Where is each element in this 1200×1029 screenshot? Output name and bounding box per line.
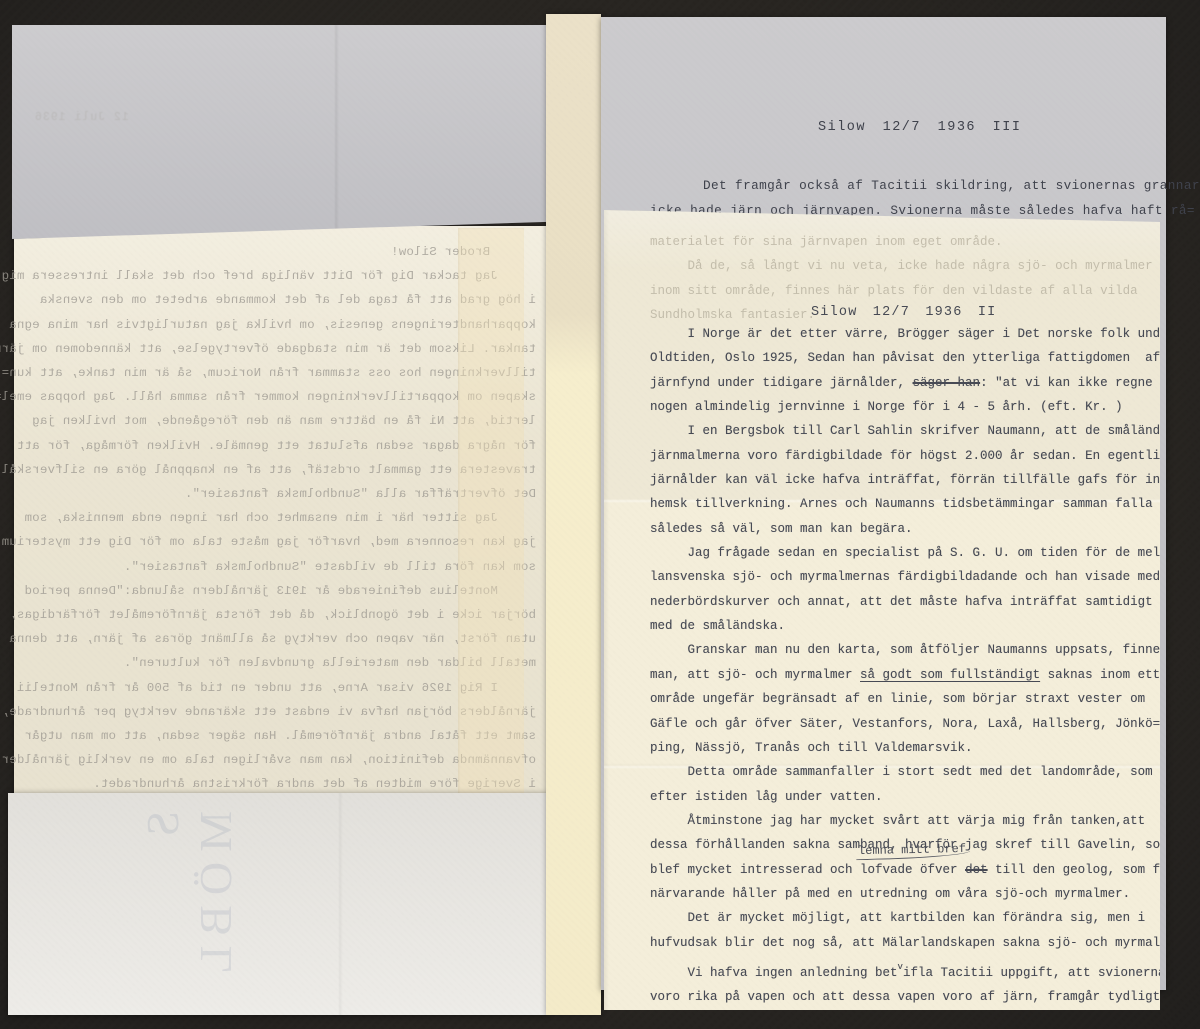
typewritten-line: Granskar man nu den karta, som åtföljer …: [650, 638, 1150, 662]
typewritten-line: Jag frågade sedan en specialist på S. G.…: [650, 541, 1150, 565]
page-ii-body-text: I Norge är det etter värre, Brögger säge…: [650, 322, 1150, 1010]
typewritten-line: Det är mycket möjligt, att kartbilden ka…: [650, 906, 1150, 930]
typewritten-line: nogen almindelig jernvinne i Norge för i…: [650, 395, 1150, 419]
page-iii-heading: Silow 12/7 1936 III: [818, 120, 1021, 135]
typewritten-line: man, att sjö- och myrmalmer så godt som …: [650, 663, 1150, 687]
date-stamp: 12 Juli 1936: [34, 111, 129, 124]
typewritten-line: järnmalmerna voro färdigbildade för högs…: [650, 444, 1150, 468]
paper-edge-strip: [458, 228, 524, 800]
typewritten-line: område ungefär begränsadt af en linie, s…: [650, 687, 1150, 711]
typewritten-line: Detta område sammanfaller i stort sedt m…: [650, 760, 1150, 784]
typewritten-line: inom sitt område, finnes här plats för d…: [650, 279, 1153, 303]
typewritten-line: nederbördskurver och annat, att det måst…: [650, 590, 1150, 614]
left-letter-sheet: Broder Silow! Jag tackar Dig för Ditt vä…: [14, 226, 548, 802]
typewritten-line: Oldtiden, Oslo 1925, Sedan han påvisat d…: [650, 346, 1150, 370]
typewritten-line: Det framgår också af Tacitii skildring, …: [703, 178, 1200, 193]
typewritten-line: voro rika på vapen och att dessa vapen v…: [650, 985, 1150, 1009]
typewritten-line: blef mycket intresserad och lofvade öfve…: [650, 858, 1150, 882]
middle-paper-strip: [546, 14, 601, 1015]
typewritten-line: järnfynd under tidigare järnålder, säger…: [650, 371, 1150, 395]
typewritten-line: Gäfle och går öfver Säter, Vestanfors, N…: [650, 712, 1150, 736]
typewritten-line: lansvenska sjö- och myrmalmernas färdigb…: [650, 565, 1150, 589]
page-ii-heading: Silow 12/7 1936 II: [811, 305, 996, 320]
typewritten-line: närvarande håller på med en utredning om…: [650, 882, 1150, 906]
typewritten-line: Då de, så långt vi nu veta, icke hade nå…: [650, 254, 1153, 278]
watermark-text: S MÖBL: [136, 811, 242, 1015]
typewritten-line: materialet för sina järnvapen inom eget …: [650, 230, 1153, 254]
typewritten-line: således så väl, som man kan begära.: [650, 517, 1150, 541]
typewritten-line: I Norge är det etter värre, Brögger säge…: [650, 322, 1150, 346]
typewritten-line: efter istiden låg under vatten.: [650, 785, 1150, 809]
typewritten-line: ping, Nässjö, Tranås och till Valdemarsv…: [650, 736, 1150, 760]
typewritten-line: med de småländska.: [650, 614, 1150, 638]
typewritten-line: Åtminstone jag har mycket svårt att värj…: [650, 809, 1150, 833]
typewritten-line: Vi hafva ingen anledning betvifla Taciti…: [650, 955, 1150, 985]
left-gray-cover-sheet: 12 Juli 1936: [12, 25, 548, 239]
left-bottom-sheet: S MÖBL: [8, 793, 548, 1015]
typewritten-line: järnålder kan väl icke hafva inträffat, …: [650, 468, 1150, 492]
page-ii-sheet: materialet för sina järnvapen inom eget …: [604, 210, 1160, 1010]
scanned-document-page: Broder Silow! Jag tackar Dig för Ditt vä…: [0, 0, 1200, 1029]
typewritten-line: hufvudsak blir det nog så, att Mälarland…: [650, 931, 1150, 955]
typewritten-line: hemsk tillverkning. Arnes och Naumanns t…: [650, 492, 1150, 516]
typewritten-line: I en Bergsbok till Carl Sahlin skrifver …: [650, 419, 1150, 443]
